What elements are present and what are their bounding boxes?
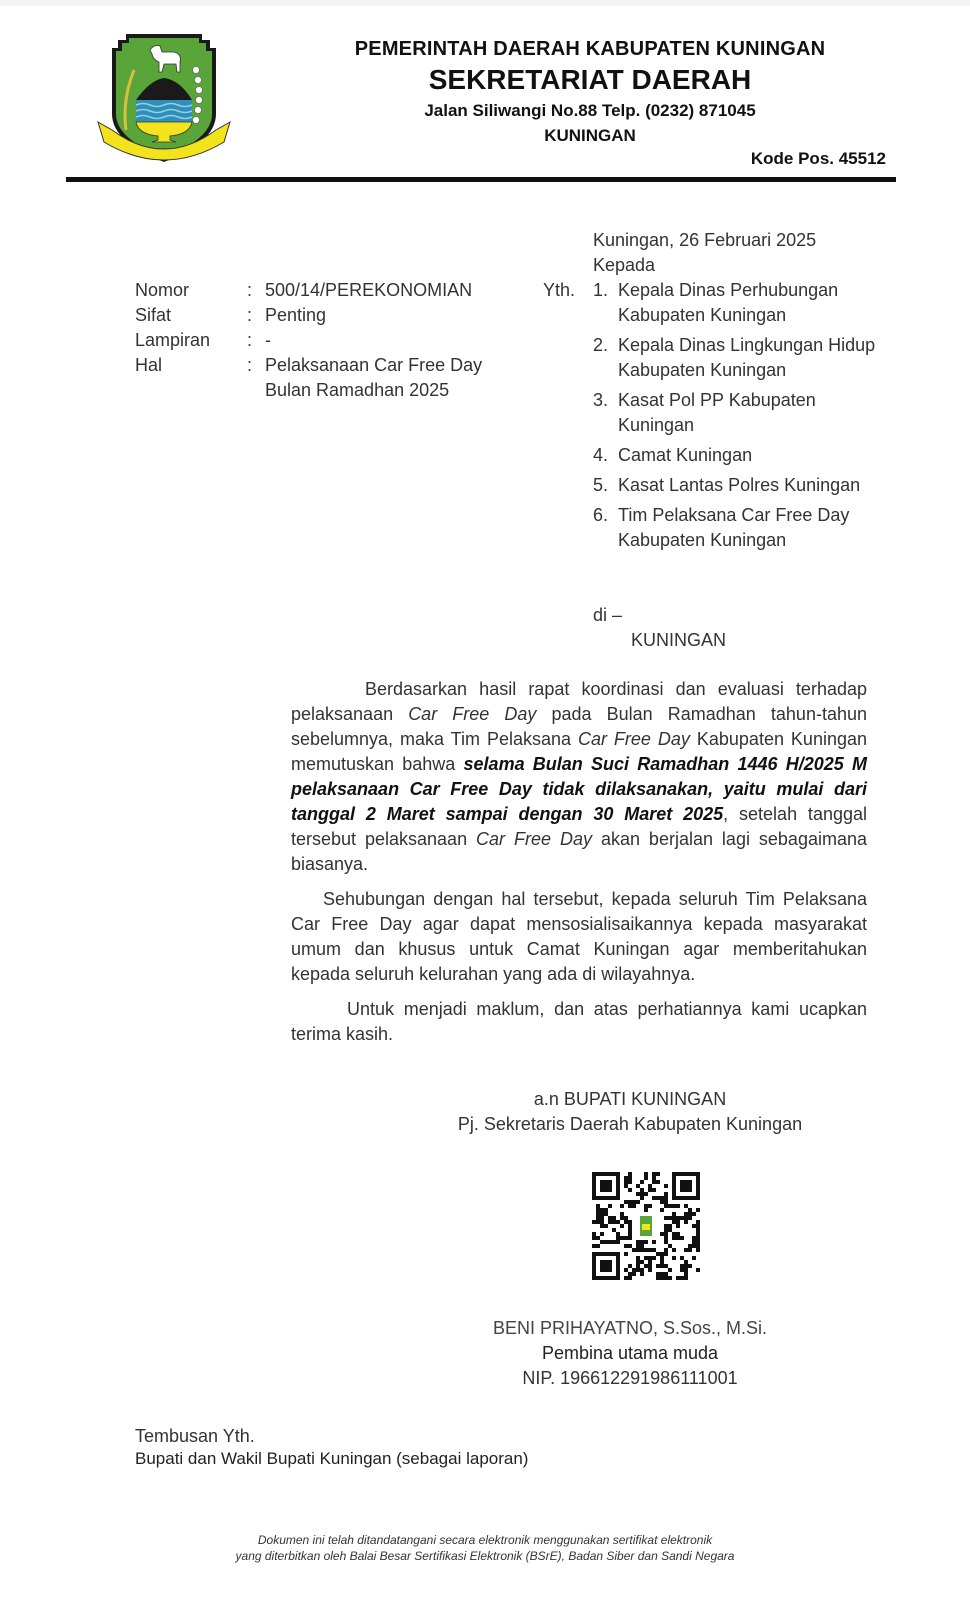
notice-line-2: yang diterbitkan oleh Balai Besar Sertif… xyxy=(150,1548,820,1564)
body-paragraph-2: Sehubungan dengan hal tersebut, kepada s… xyxy=(291,887,867,987)
signatory-nip: NIP. 196612291986111001 xyxy=(440,1366,820,1391)
recipient-number: 3. xyxy=(593,388,618,438)
recipient-item: 3. Kasat Pol PP Kabupaten Kuningan xyxy=(593,388,893,438)
letter-meta: Nomor : 500/14/PEREKONOMIAN Sifat : Pent… xyxy=(135,278,515,403)
meta-colon: : xyxy=(247,353,265,403)
meta-value: Pelaksanaan Car Free Day Bulan Ramadhan … xyxy=(265,353,515,403)
recipient-text: Kasat Pol PP Kabupaten Kuningan xyxy=(618,388,878,438)
italic-run: Car Free Day xyxy=(476,829,592,849)
signature-title: Pj. Sekretaris Daerah Kabupaten Kuningan xyxy=(440,1112,820,1137)
meta-colon: : xyxy=(247,303,265,328)
meta-row-lampiran: Lampiran : - xyxy=(135,328,515,353)
meta-row-hal: Hal : Pelaksanaan Car Free Day Bulan Ram… xyxy=(135,353,515,403)
meta-value: Penting xyxy=(265,303,515,328)
meta-row-nomor: Nomor : 500/14/PEREKONOMIAN xyxy=(135,278,515,303)
yth-label: Yth. xyxy=(543,278,575,303)
recipient-number: 6. xyxy=(593,503,618,553)
letterhead-postal-code: Kode Pos. 45512 xyxy=(751,149,886,169)
signatory-rank: Pembina utama muda xyxy=(440,1341,820,1366)
meta-row-sifat: Sifat : Penting xyxy=(135,303,515,328)
letterhead-address: Jalan Siliwangi No.88 Telp. (0232) 87104… xyxy=(300,101,880,121)
italic-run: Car Free Day xyxy=(408,704,536,724)
recipient-text: Tim Pelaksana Car Free Day Kabupaten Kun… xyxy=(618,503,878,553)
recipient-number: 2. xyxy=(593,333,618,383)
letterhead-divider xyxy=(66,177,896,182)
qr-code-icon xyxy=(592,1172,700,1280)
body-paragraph-3: Untuk menjadi maklum, dan atas perhatian… xyxy=(291,997,867,1047)
letter-body: Berdasarkan hasil rapat koordinasi dan e… xyxy=(291,677,867,1057)
body-paragraph-1: Berdasarkan hasil rapat koordinasi dan e… xyxy=(291,677,867,877)
recipient-text: Camat Kuningan xyxy=(618,443,878,468)
meta-label: Hal xyxy=(135,353,247,403)
recipient-item: 4. Camat Kuningan xyxy=(593,443,893,468)
meta-value: 500/14/PEREKONOMIAN xyxy=(265,278,515,303)
notice-line-1: Dokumen ini telah ditandatangani secara … xyxy=(150,1532,820,1548)
recipient-item: 2. Kepala Dinas Lingkungan Hidup Kabupat… xyxy=(593,333,893,383)
recipient-number: 1. xyxy=(593,278,618,328)
recipient-item: 1. Kepala Dinas Perhubungan Kabupaten Ku… xyxy=(593,278,893,328)
meta-colon: : xyxy=(247,278,265,303)
recipient-text: Kasat Lantas Polres Kuningan xyxy=(618,473,878,498)
recipient-list: 1. Kepala Dinas Perhubungan Kabupaten Ku… xyxy=(593,278,893,558)
signature-on-behalf: a.n BUPATI KUNINGAN xyxy=(440,1087,820,1112)
meta-colon: : xyxy=(247,328,265,353)
tembusan-heading: Tembusan Yth. xyxy=(135,1424,255,1449)
italic-run: Car Free Day xyxy=(578,729,690,749)
meta-value: - xyxy=(265,328,515,353)
letterhead-city: KUNINGAN xyxy=(300,126,880,146)
coat-of-arms-logo-icon xyxy=(96,30,232,170)
letterhead-government: PEMERINTAH DAERAH KABUPATEN KUNINGAN xyxy=(300,38,880,61)
recipient-text: Kepala Dinas Perhubungan Kabupaten Kunin… xyxy=(618,278,878,328)
meta-label: Sifat xyxy=(135,303,247,328)
electronic-signature-notice: Dokumen ini telah ditandatangani secara … xyxy=(150,1532,820,1564)
letter-date: Kuningan, 26 Februari 2025 xyxy=(593,228,816,253)
signatory-name: BENI PRIHAYATNO, S.Sos., M.Si. xyxy=(440,1316,820,1341)
di-label: di – xyxy=(593,603,622,628)
top-band xyxy=(0,0,970,6)
meta-label: Lampiran xyxy=(135,328,247,353)
letterhead-office: SEKRETARIAT DAERAH xyxy=(300,64,880,96)
recipient-item: 6. Tim Pelaksana Car Free Day Kabupaten … xyxy=(593,503,893,553)
tembusan-item: Bupati dan Wakil Bupati Kuningan (sebaga… xyxy=(135,1449,528,1469)
recipient-number: 5. xyxy=(593,473,618,498)
recipient-number: 4. xyxy=(593,443,618,468)
recipient-item: 5. Kasat Lantas Polres Kuningan xyxy=(593,473,893,498)
di-place: KUNINGAN xyxy=(631,628,726,653)
meta-label: Nomor xyxy=(135,278,247,303)
recipient-text: Kepala Dinas Lingkungan Hidup Kabupaten … xyxy=(618,333,878,383)
kepada-label: Kepada xyxy=(593,253,655,278)
